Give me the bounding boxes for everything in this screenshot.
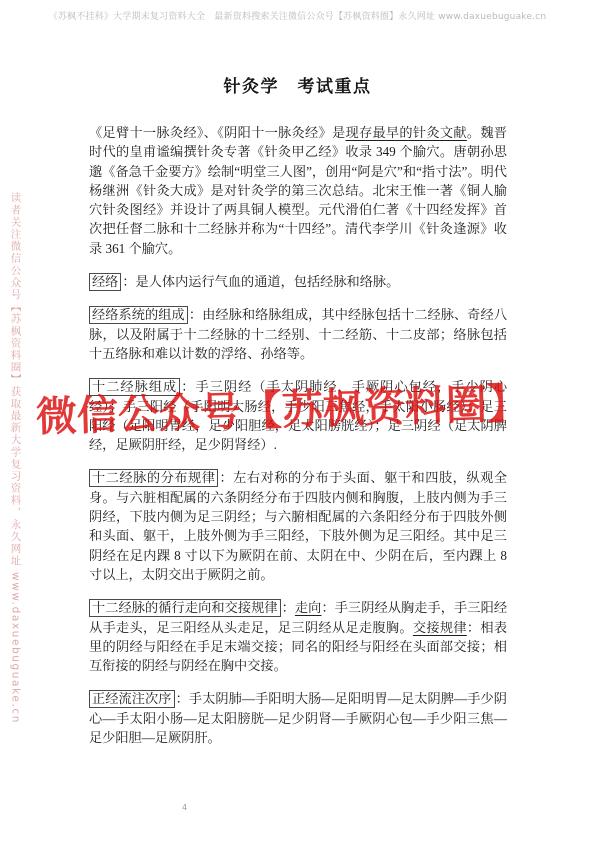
paragraph: 经络系统的组成：由经脉和络脉组成，其中经脉包括十二经脉、奇经八脉，以及附属于十二… (89, 305, 507, 363)
left-vertical-watermark-text: 读者关注微信公众号【苏枫资料圈】获取最新大学复习资料，永久网址 www.daxu… (10, 192, 21, 642)
document-body: 《足臂十一脉灸经》、《阴阳十一脉灸经》是现存最早的针灸文献。魏晋时代的皇甫谧编撰… (89, 123, 507, 761)
paragraph: 《足臂十一脉灸经》、《阴阳十一脉灸经》是现存最早的针灸文献。魏晋时代的皇甫谧编撰… (89, 123, 507, 258)
paragraph: 正经流注次序：手太阴肺—手阳明大肠—足阳明胃—足太阴脾—手少阴心—手太阳小肠—足… (89, 689, 507, 747)
boxed-term: 十二经脉的循行走向和交接规律 (89, 599, 281, 617)
promo-header-text: 《苏枫不挂科》大学期末复习资料大全 最新资料搜索关注微信公众号【苏枫资料圈】永久… (0, 9, 595, 22)
text-segment: ：左右对称的分布于头面、躯干和四肢，纵观全身。与六脏相配属的六条阴经分布于四肢内… (89, 470, 507, 581)
pdf-document-page: { "header": { "text": "《苏枫不挂科》大学期末复习资料大全… (0, 0, 595, 842)
text-segment: ：是人体内运行气血的通道，包括经脉和络脉。 (122, 274, 399, 289)
text-segment: ： (282, 600, 295, 615)
text-segment: 。魏晋时代的皇甫谧编撰针灸专著《针灸甲乙经》收录 349 个腧穴。唐朝孙思邈《备… (89, 125, 507, 256)
boxed-term: 经络 (89, 273, 121, 291)
text-segment: 《足臂十一脉灸经》、《阴阳十一脉灸经》是 (89, 125, 345, 140)
boxed-term: 正经流注次序 (89, 690, 175, 708)
page-number: 4 (182, 803, 187, 812)
paragraph: 十二经脉的循行走向和交接规律：走向：手三阴经从胸走手，手三阳经从手走头，足三阳经… (89, 598, 507, 675)
boxed-term: 十二经脉的分布规律 (89, 469, 218, 487)
paragraph: 经络：是人体内运行气血的通道，包括经脉和络脉。 (89, 272, 507, 291)
underlined-text: 交接规律 (413, 620, 467, 635)
page-title: 针灸学 考试重点 (0, 72, 595, 97)
paragraph: 十二经脉的分布规律：左右对称的分布于头面、躯干和四肢，纵观全身。与六脏相配属的六… (89, 468, 507, 584)
boxed-term: 经络系统的组成 (89, 306, 188, 324)
underlined-text: 现存最早的针灸文献 (345, 125, 466, 140)
underlined-text: 走向 (295, 600, 322, 615)
